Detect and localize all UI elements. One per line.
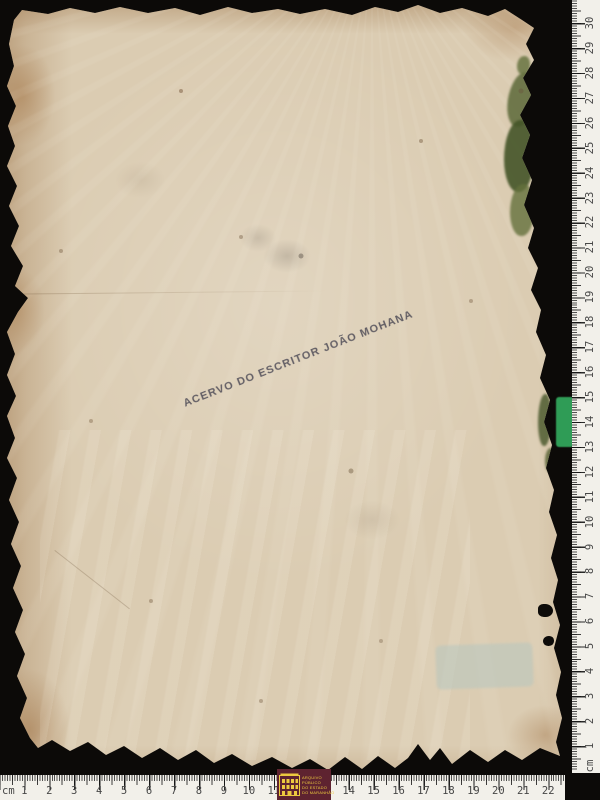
- ruler-number: 8: [581, 562, 599, 580]
- ruler-number: 2: [581, 712, 599, 730]
- ruler-number: 17: [417, 785, 430, 797]
- logo-line: DO MARANHÃO: [302, 790, 334, 795]
- ruler-number: 21: [581, 238, 599, 256]
- ruler-number: 21: [517, 785, 530, 797]
- ruler-number: 18: [442, 785, 455, 797]
- ruler-number: 29: [581, 39, 599, 57]
- paper-hole: [543, 636, 554, 646]
- ruler-number: 15: [581, 388, 599, 406]
- ruler-number: 26: [581, 114, 599, 132]
- ruler-number: 5: [581, 637, 599, 655]
- ruler-number: 20: [581, 263, 599, 281]
- ruler-number: 27: [581, 89, 599, 107]
- ruler-number: 22: [542, 785, 555, 797]
- ruler-number: 1: [21, 785, 27, 797]
- archive-stamp: ACERVO DO ESCRITOR JOÃO MOHANA: [182, 308, 415, 409]
- ruler-number: 10: [581, 513, 599, 531]
- ruler-number: 13: [581, 438, 599, 456]
- ruler-number: 2: [46, 785, 52, 797]
- ruler-number: 5: [121, 785, 127, 797]
- ruler-number: 15: [367, 785, 380, 797]
- ruler-number: 7: [171, 785, 177, 797]
- ruler-number: 4: [96, 785, 102, 797]
- ruler-number: 11: [581, 488, 599, 506]
- ruler-number: 20: [492, 785, 505, 797]
- crease-line: [10, 290, 330, 294]
- ruler-number: 22: [581, 213, 599, 231]
- ruler-number: 9: [221, 785, 227, 797]
- archive-logo-text: ARQUIVO PÚBLICO DO ESTADO DO MARANHÃO: [302, 775, 334, 795]
- ruler-number: 8: [196, 785, 202, 797]
- ruler-number: 18: [581, 313, 599, 331]
- ruler-number: 9: [581, 538, 599, 556]
- ruler-number: 6: [146, 785, 152, 797]
- ruler-number: 6: [581, 612, 599, 630]
- ruler-number: 25: [581, 139, 599, 157]
- ruler-number: 17: [581, 338, 599, 356]
- archive-logo: ARQUIVO PÚBLICO DO ESTADO DO MARANHÃO: [277, 769, 331, 800]
- photo-stage: ACERVO DO ESCRITOR JOÃO MOHANA 123456789…: [0, 0, 600, 800]
- ruler-number: 14: [581, 413, 599, 431]
- ruler-number: 16: [581, 363, 599, 381]
- ruler-number: 30: [581, 14, 599, 32]
- paper-specks: [0, 0, 2, 2]
- mold-stain: [504, 120, 534, 192]
- ruler-number: 23: [581, 189, 599, 207]
- ruler-number: 1: [581, 737, 599, 755]
- paper-hole: [538, 604, 553, 617]
- ruler-number: 10: [243, 785, 256, 797]
- ruler-number: 3: [581, 687, 599, 705]
- ruler-unit-label: cm: [581, 757, 599, 775]
- mold-stain: [545, 448, 555, 472]
- scratch-line: [54, 550, 129, 609]
- ruler-number: 4: [581, 662, 599, 680]
- vertical-ruler: 1234567891011121314151617181920212223242…: [572, 0, 600, 773]
- ruler-number: 19: [467, 785, 480, 797]
- ruler-number: 7: [581, 587, 599, 605]
- ruler-unit-label: cm: [2, 785, 15, 797]
- ruler-number: 16: [392, 785, 405, 797]
- document-page: ACERVO DO ESCRITOR JOÃO MOHANA: [0, 0, 600, 800]
- ruler-number: 12: [581, 463, 599, 481]
- ruler-number: 28: [581, 64, 599, 82]
- ruler-number: 24: [581, 164, 599, 182]
- ruler-number: 3: [71, 785, 77, 797]
- archive-building-icon: [279, 773, 300, 797]
- mold-stain: [510, 184, 534, 236]
- ruler-number: 14: [342, 785, 355, 797]
- tape-residue: [435, 642, 533, 689]
- ruler-number: 19: [581, 288, 599, 306]
- mold-stain: [517, 56, 530, 75]
- mold-stain: [538, 394, 551, 446]
